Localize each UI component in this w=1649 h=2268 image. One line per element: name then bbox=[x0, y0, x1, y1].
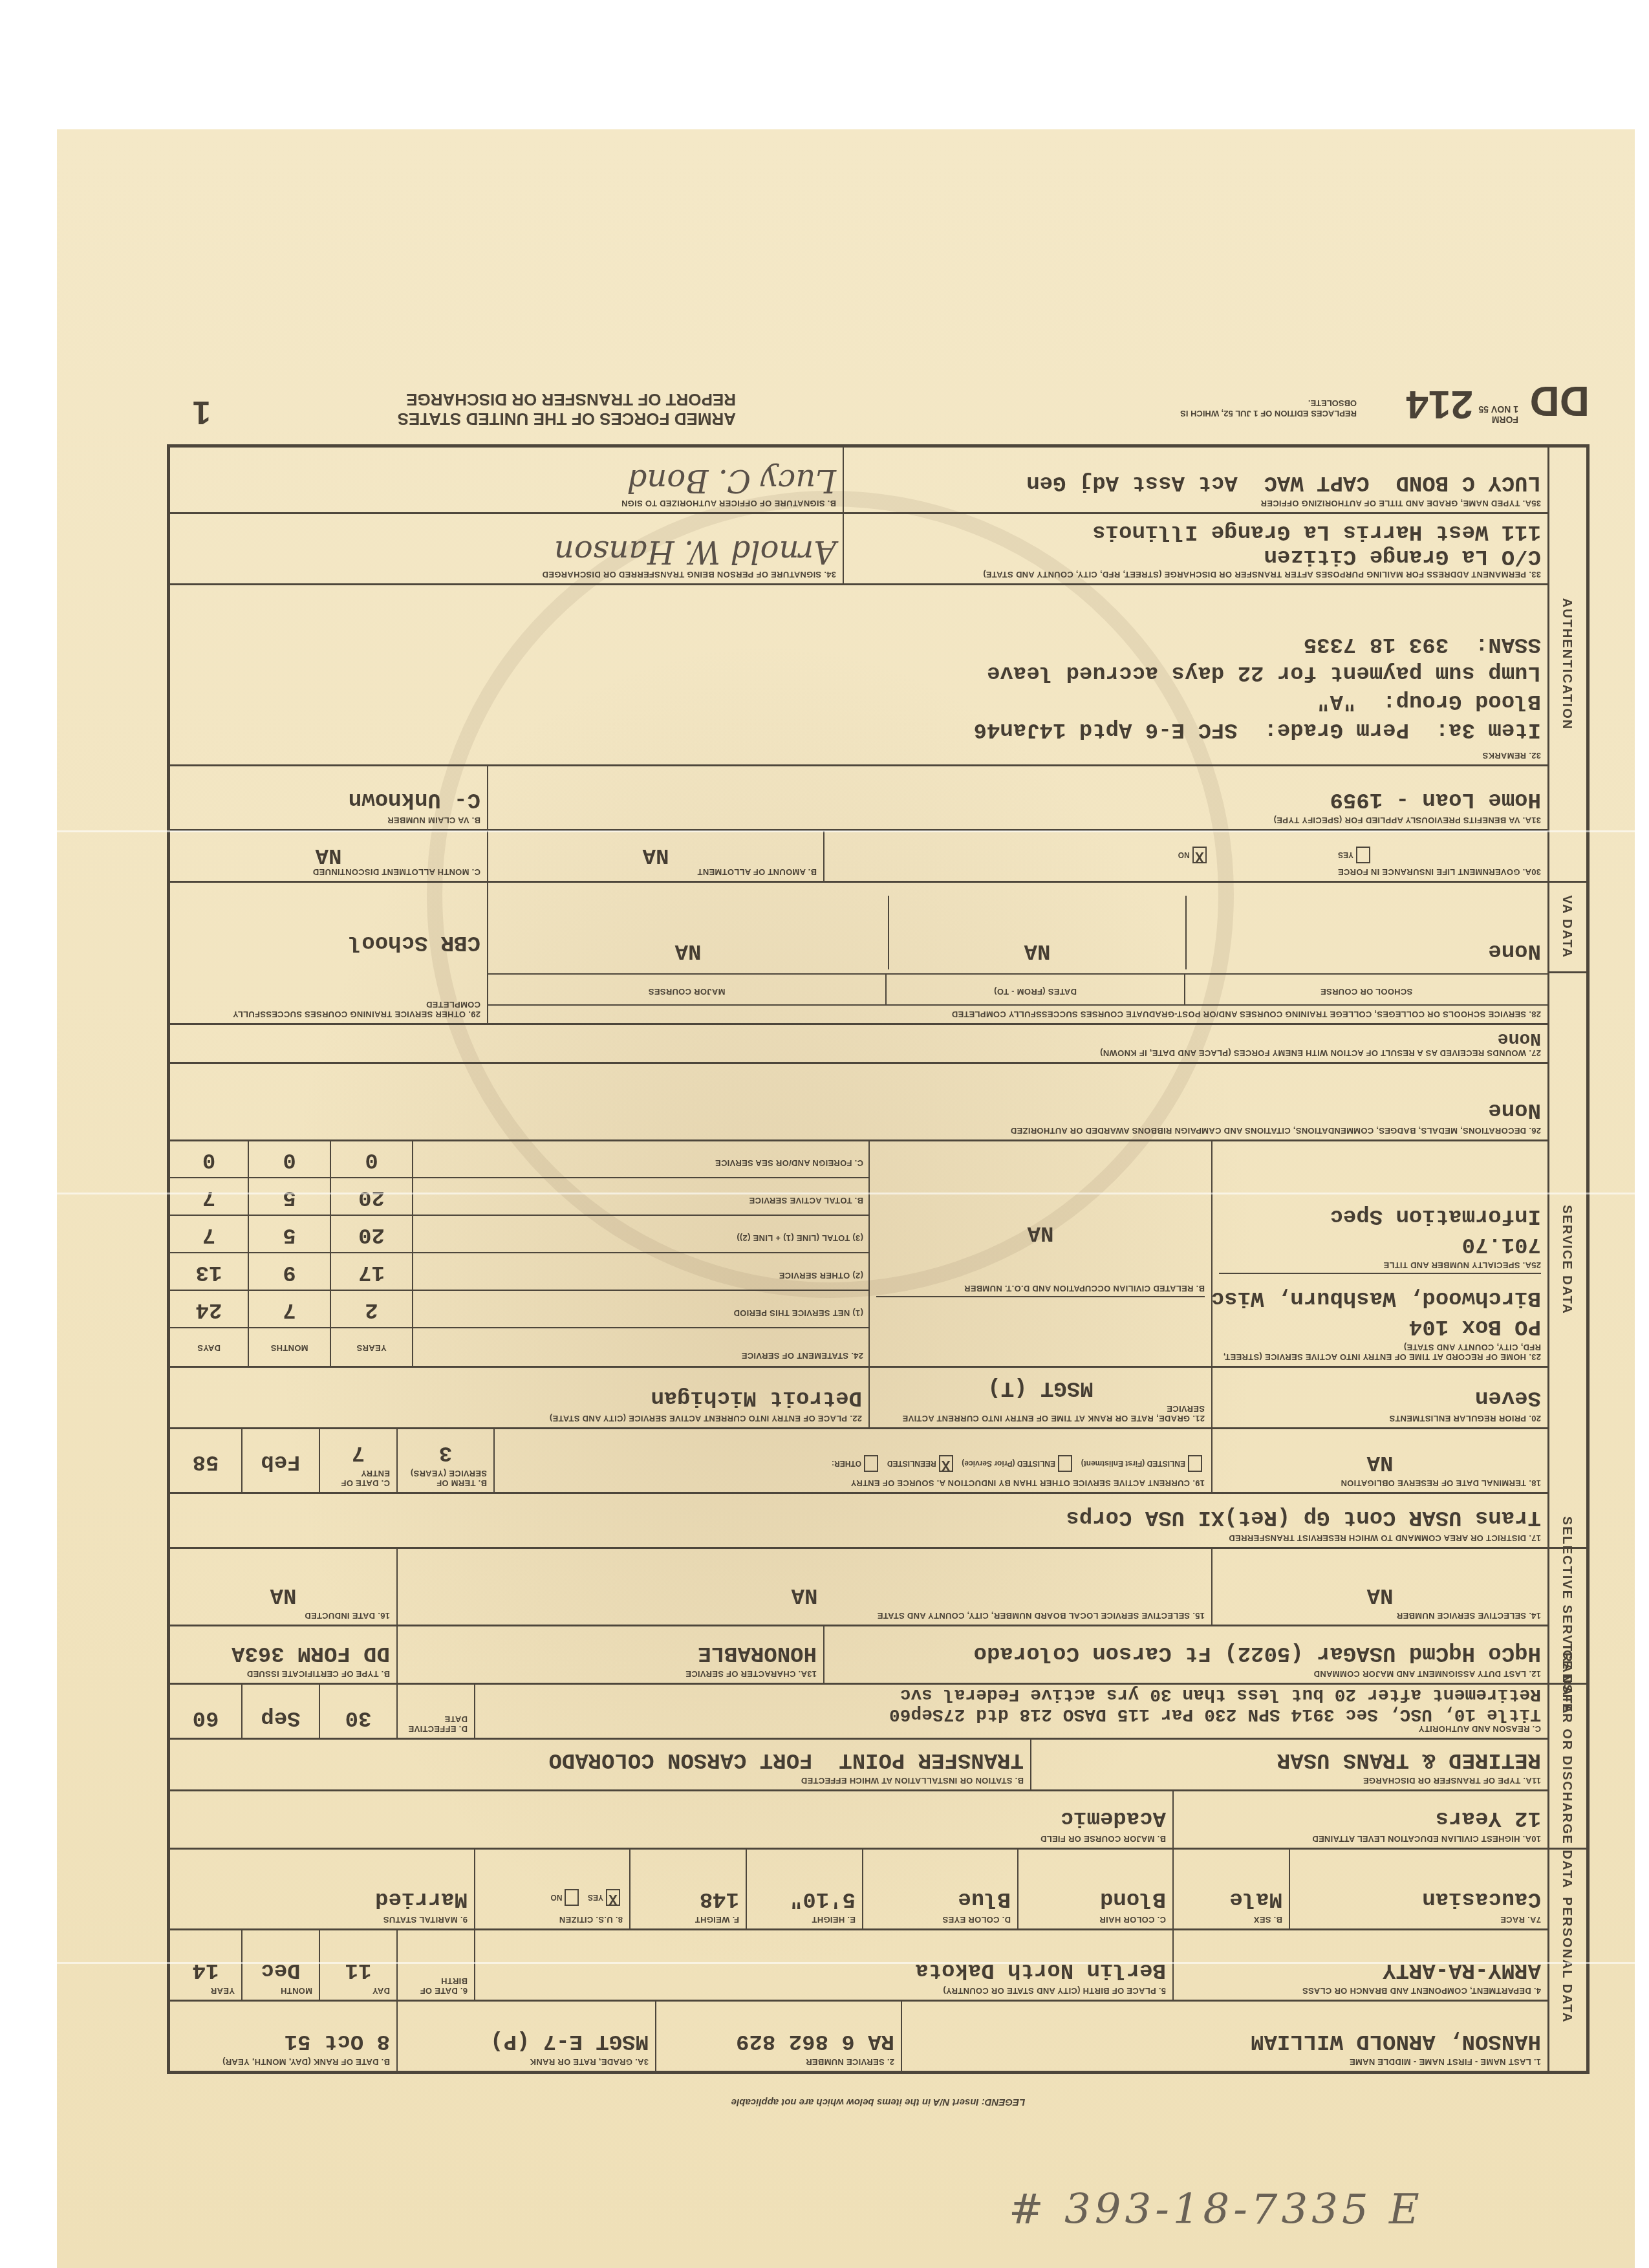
field-allotment: b. AMOUNT OF ALLOTMENT NA bbox=[487, 831, 823, 881]
form-date: FORM1 NOV 55 bbox=[1479, 404, 1518, 425]
dd214-form-rotated: LEGEND: Insert N/A in the items below wh… bbox=[57, 129, 1635, 2268]
field-signature-officer: b. SIGNATURE OF OFFICER AUTHORIZED TO SI… bbox=[170, 448, 843, 512]
statement-row-days: 7 bbox=[170, 1216, 248, 1252]
row-transfer-type: 11a. TYPE OF TRANSFER OR DISCHARGE RETIR… bbox=[170, 1738, 1547, 1789]
row-statement: 23. HOME OF RECORD AT TIME OF ENTRY INTO… bbox=[170, 1139, 1547, 1366]
row-decorations: 26. DECORATIONS, MEDALS, BADGES, COMMEND… bbox=[170, 1062, 1547, 1139]
statement-row-years: 20 bbox=[330, 1216, 412, 1252]
statement-rows: (1) NET SERVICE THIS PERIOD2724(2) OTHER… bbox=[170, 1141, 868, 1327]
row-district: 17. DISTRICT OR AREA COMMAND TO WHICH RE… bbox=[170, 1492, 1547, 1547]
field-department: 4. DEPARTMENT, COMPONENT AND BRANCH OR C… bbox=[1172, 1930, 1547, 2000]
field-entry-month: Feb bbox=[241, 1429, 319, 1492]
field-date-of-rank: b. DATE OF RANK (Day, Month, Year) 8 Oct… bbox=[170, 2002, 396, 2071]
field-dob-label: 6. DATE OF BIRTH bbox=[396, 1930, 474, 2000]
statement-row: (3) TOTAL (Line (1) + line (2))2057 bbox=[170, 1215, 868, 1252]
field-dob-year: YEAR 14 bbox=[170, 1930, 241, 2000]
field-eff-day: 30 bbox=[319, 1685, 396, 1738]
field-claim: b. VA CLAIM NUMBER C- Unknown bbox=[170, 766, 487, 829]
field-term: b. TERM OF SERVICE (Years) 3 bbox=[396, 1429, 493, 1492]
row-remarks: 32. REMARKS Item 3a: Perm Grade: SFC E-6… bbox=[170, 583, 1547, 764]
field-eff-month: Sep bbox=[241, 1685, 319, 1738]
form-number: 214 bbox=[1406, 382, 1473, 427]
statement-row-days: 13 bbox=[170, 1253, 248, 1290]
statement-row-label: (1) NET SERVICE THIS PERIOD bbox=[412, 1291, 868, 1327]
section-service: SERVICE DATA bbox=[1547, 971, 1586, 1547]
statement-row: b. TOTAL ACTIVE SERVICE2057 bbox=[170, 1177, 868, 1215]
field-eff-year: 60 bbox=[170, 1685, 241, 1738]
form-title: ARMED FORCES OF THE UNITED STATES REPORT… bbox=[398, 390, 736, 429]
section-selective: SELECTIVE SERVICE DATA bbox=[1547, 1547, 1586, 1683]
field-board: 15. SELECTIVE SERVICE LOCAL BOARD NUMBER… bbox=[396, 1549, 1211, 1625]
statement-row-years: 17 bbox=[330, 1253, 412, 1290]
field-ss-number: 14. SELECTIVE SERVICE NUMBER NA bbox=[1211, 1549, 1547, 1625]
section-va: VA DATA bbox=[1547, 881, 1586, 971]
statement-row-label: (3) TOTAL (Line (1) + line (2)) bbox=[412, 1216, 868, 1252]
field-decorations: 26. DECORATIONS, MEDALS, BADGES, COMMEND… bbox=[170, 1064, 1547, 1139]
field-terminal: 18. TERMINAL DATE OF RESERVE OBLIGATION … bbox=[1211, 1429, 1547, 1492]
field-officer: 35a. TYPED NAME, GRADE AND TITLE OF AUTH… bbox=[843, 448, 1547, 512]
row-birth: 4. DEPARTMENT, COMPONENT AND BRANCH OR C… bbox=[170, 1928, 1547, 2000]
section-auth: AUTHENTICATION bbox=[1547, 448, 1586, 881]
source-other-checkbox[interactable] bbox=[864, 1455, 878, 1472]
row-entry: 18. TERMINAL DATE OF RESERVE OBLIGATION … bbox=[170, 1427, 1547, 1492]
insurance-yes-checkbox[interactable] bbox=[1356, 847, 1370, 863]
field-reason: c. REASON AND AUTHORITY Title 10, USC, S… bbox=[474, 1685, 1547, 1738]
field-discontinued: c. MONTH ALLOTMENT DISCONTINUED NA bbox=[170, 831, 487, 881]
statement-row: (1) NET SERVICE THIS PERIOD2724 bbox=[170, 1290, 868, 1327]
row-wounds: 27. WOUNDS RECEIVED AS A RESULT OF ACTIO… bbox=[170, 1023, 1547, 1062]
field-other-training: 29. OTHER SERVICE TRAINING COURSES SUCCE… bbox=[170, 883, 487, 1023]
citizen-yes-checkbox[interactable]: X bbox=[606, 1889, 620, 1906]
row-insurance: 30a. GOVERNMENT LIFE INSURANCE IN FORCE … bbox=[170, 829, 1547, 881]
field-birthplace: 5. PLACE OF BIRTH (City and State or Cou… bbox=[474, 1930, 1172, 2000]
statement-row-label: b. TOTAL ACTIVE SERVICE bbox=[412, 1178, 868, 1215]
statement-row-years: 0 bbox=[330, 1141, 412, 1177]
field-entry-day: c. DATE OF ENTRY 7 bbox=[319, 1429, 396, 1492]
statement-row-months: 9 bbox=[248, 1253, 330, 1290]
field-sex: b. SEX Male bbox=[1172, 1850, 1289, 1928]
field-civilian: b. RELATED CIVILIAN OCCUPATION AND D.O.T… bbox=[868, 1141, 1211, 1366]
row-prior: 20. PRIOR REGULAR ENLISTMENTS Seven 21. … bbox=[170, 1366, 1547, 1427]
field-source: 19. CURRENT ACTIVE SERVICE OTHER THAN BY… bbox=[493, 1429, 1211, 1492]
row-reason: c. REASON AND AUTHORITY Title 10, USC, S… bbox=[170, 1683, 1547, 1738]
field-education: 10a. HIGHEST CIVILIAN EDUCATION LEVEL AT… bbox=[1172, 1791, 1547, 1848]
field-dob-month: MONTH Dec bbox=[241, 1930, 319, 2000]
field-character: 13a. CHARACTER OF SERVICE HONORABLE bbox=[396, 1626, 823, 1683]
statement-row-days: 7 bbox=[170, 1178, 248, 1215]
row-identity: 1. LAST NAME - FIRST NAME - MIDDLE NAME … bbox=[170, 2000, 1547, 2071]
citizen-no-checkbox[interactable] bbox=[565, 1889, 579, 1906]
field-height: e. HEIGHT 5'10" bbox=[746, 1850, 862, 1928]
form-agency: DD bbox=[1530, 377, 1590, 425]
form-fields: 1. LAST NAME - FIRST NAME - MIDDLE NAME … bbox=[170, 448, 1547, 2071]
statement-of-service-table: 24. STATEMENT OF SERVICE YEARS MONTHS DA… bbox=[170, 1141, 868, 1366]
statement-row-months: 5 bbox=[248, 1216, 330, 1252]
source-enlisted-first-checkbox[interactable] bbox=[1188, 1455, 1202, 1472]
row-assignment: 12. LAST DUTY ASSIGNMENT AND MAJOR COMMA… bbox=[170, 1625, 1547, 1683]
field-grade-entry: 21. GRADE, RATE OR RANK AT TIME OF ENTRY… bbox=[868, 1368, 1211, 1427]
field-grade: 3a. GRADE, RATE OR RANK MSGT E-7 (P) bbox=[396, 2002, 655, 2071]
field-benefits: 31a. VA BENEFITS PREVIOUSLY APPLIED FOR … bbox=[487, 766, 1547, 829]
statement-row-days: 0 bbox=[170, 1141, 248, 1177]
field-effective-label: d. EFFECTIVE DATE bbox=[396, 1685, 474, 1738]
statement-row-months: 5 bbox=[248, 1178, 330, 1215]
field-service-number: 2. SERVICE NUMBER RA 6 862 829 bbox=[655, 2002, 901, 2071]
field-schools: 28. SERVICE SCHOOLS OR COLLEGES, COLLEGE… bbox=[487, 883, 1547, 1023]
field-inducted: 16. DATE INDUCTED NA bbox=[170, 1549, 396, 1625]
row-physical: 7a. RACE Caucasian b. SEX Male c. COLOR … bbox=[170, 1848, 1547, 1928]
field-insurance: 30a. GOVERNMENT LIFE INSURANCE IN FORCE … bbox=[823, 831, 1547, 881]
row-selective: 14. SELECTIVE SERVICE NUMBER NA 15. SELE… bbox=[170, 1547, 1547, 1625]
statement-row-label: c. FOREIGN AND/OR SEA SERVICE bbox=[412, 1141, 868, 1177]
handwritten-ssn-note: # 393-18-7335 E bbox=[1009, 2186, 1423, 2234]
statement-row-years: 20 bbox=[330, 1178, 412, 1215]
row-officer: 35a. TYPED NAME, GRADE AND TITLE OF AUTH… bbox=[170, 448, 1547, 512]
field-major: b. MAJOR COURSE OR FIELD Academic bbox=[170, 1791, 1172, 1848]
statement-row: (2) OTHER SERVICE17913 bbox=[170, 1252, 868, 1290]
field-assignment: 12. LAST DUTY ASSIGNMENT AND MAJOR COMMA… bbox=[823, 1626, 1547, 1683]
field-signature-person: 34. SIGNATURE OF PERSON BEING TRANSFERRE… bbox=[170, 514, 843, 583]
field-prior: 20. PRIOR REGULAR ENLISTMENTS Seven bbox=[1211, 1368, 1547, 1427]
statement-row: c. FOREIGN AND/OR SEA SERVICE000 bbox=[170, 1141, 868, 1177]
fold-crease bbox=[57, 830, 1635, 832]
field-race: 7a. RACE Caucasian bbox=[1289, 1850, 1547, 1928]
field-hair: c. COLOR HAIR Blond bbox=[1017, 1850, 1172, 1928]
row-address: 33. PERMANENT ADDRESS FOR MAILING PURPOS… bbox=[170, 512, 1547, 583]
form-body: LEGEND: Insert N/A in the items below wh… bbox=[167, 444, 1590, 2074]
field-place-entry: 22. PLACE OF ENTRY INTO CURRENT ACTIVE S… bbox=[170, 1368, 868, 1427]
statement-row-years: 2 bbox=[330, 1291, 412, 1327]
section-labels: PERSONAL DATA TRANSFER OR DISCHARGE DATA… bbox=[1547, 448, 1586, 2071]
field-address: 33. PERMANENT ADDRESS FOR MAILING PURPOS… bbox=[843, 514, 1547, 583]
field-marital: 9. MARITAL STATUS Married bbox=[170, 1850, 474, 1928]
field-home: 23. HOME OF RECORD AT TIME OF ENTRY INTO… bbox=[1211, 1141, 1547, 1366]
source-reenlisted-checkbox[interactable]: X bbox=[939, 1455, 953, 1472]
statement-row-months: 0 bbox=[248, 1141, 330, 1177]
form-grid: PERSONAL DATA TRANSFER OR DISCHARGE DATA… bbox=[167, 444, 1590, 2074]
row-education: 10a. HIGHEST CIVILIAN EDUCATION LEVEL AT… bbox=[170, 1789, 1547, 1848]
field-entry-year: 58 bbox=[170, 1429, 241, 1492]
fold-crease bbox=[57, 1962, 1635, 1964]
row-schools: 28. SERVICE SCHOOLS OR COLLEGES, COLLEGE… bbox=[170, 881, 1547, 1023]
source-enlisted-prior-checkbox[interactable] bbox=[1058, 1455, 1072, 1472]
row-benefits: 31a. VA BENEFITS PREVIOUSLY APPLIED FOR … bbox=[170, 764, 1547, 829]
form-header: DD FORM1 NOV 55 214 REPLACES EDITION OF … bbox=[167, 334, 1590, 444]
field-district: 17. DISTRICT OR AREA COMMAND TO WHICH RE… bbox=[170, 1494, 1547, 1547]
statement-header: 24. STATEMENT OF SERVICE YEARS MONTHS DA… bbox=[170, 1327, 868, 1366]
field-certificate: b. TYPE OF CERTIFICATE ISSUED DD FORM 36… bbox=[170, 1626, 396, 1683]
statement-row-months: 7 bbox=[248, 1291, 330, 1327]
field-citizen: 8. U.S. CITIZEN XYES NO bbox=[474, 1850, 629, 1928]
form-legend: LEGEND: Insert N/A in the items below wh… bbox=[167, 2097, 1590, 2108]
field-remarks: 32. REMARKS Item 3a: Perm Grade: SFC E-6… bbox=[170, 585, 1547, 764]
field-transfer-type: 11a. TYPE OF TRANSFER OR DISCHARGE RETIR… bbox=[1030, 1740, 1547, 1789]
statement-row-days: 24 bbox=[170, 1291, 248, 1327]
field-dob-day: DAY 11 bbox=[319, 1930, 396, 2000]
page-number: 1 bbox=[193, 394, 211, 431]
fold-crease bbox=[57, 1193, 1635, 1194]
insurance-no-checkbox[interactable]: X bbox=[1192, 847, 1207, 863]
field-name: 1. LAST NAME - FIRST NAME - MIDDLE NAME … bbox=[901, 2002, 1547, 2071]
field-weight: f. WEIGHT 148 bbox=[629, 1850, 746, 1928]
replaces-note: REPLACES EDITION OF 1 JUL 52, WHICH IS O… bbox=[1137, 398, 1357, 418]
statement-row-label: (2) OTHER SERVICE bbox=[412, 1253, 868, 1290]
field-eyes: d. COLOR EYES Blue bbox=[862, 1850, 1017, 1928]
field-station: b. STATION OR INSTALLATION AT WHICH EFFE… bbox=[170, 1740, 1030, 1789]
field-wounds: 27. WOUNDS RECEIVED AS A RESULT OF ACTIO… bbox=[170, 1025, 1547, 1062]
